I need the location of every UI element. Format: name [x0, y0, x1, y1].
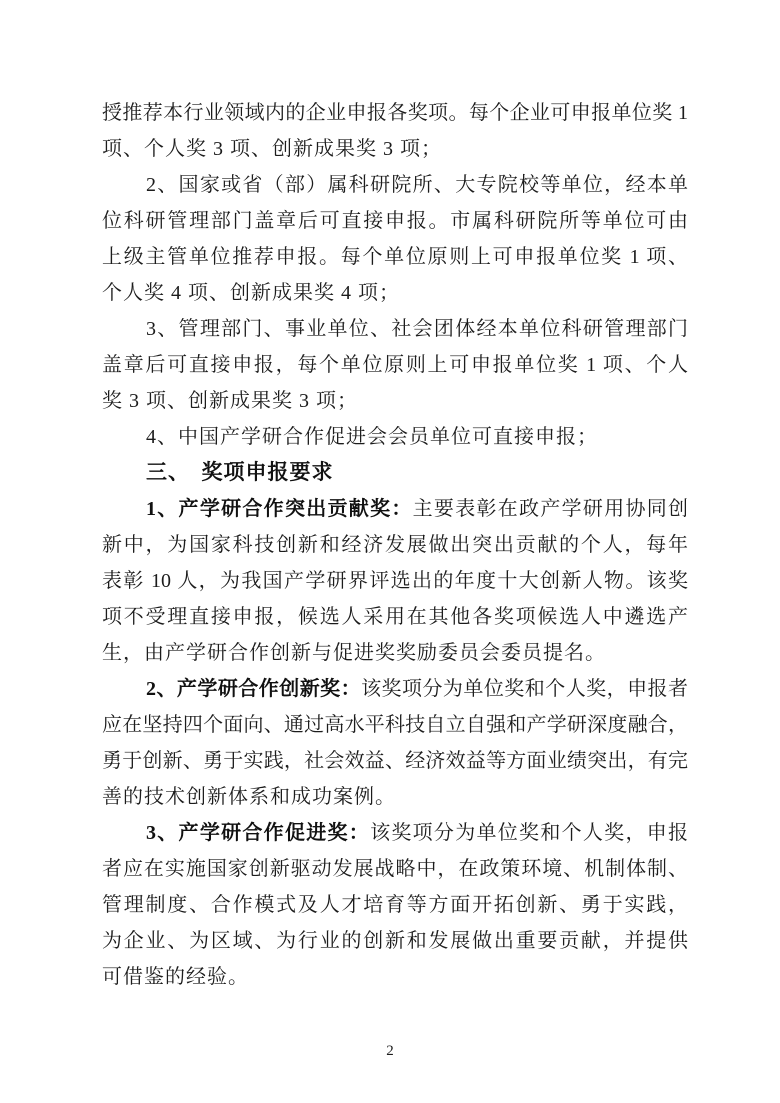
body-text: 奖 3 项、创新成果奖 3 项；: [102, 390, 358, 412]
body-text: 应在坚持四个面向、通过高水平科技自立自强和产学研深度融合，: [102, 714, 688, 736]
body-text: 位科研管理部门盖章后可直接申报。市属科研院所等单位可由: [102, 210, 688, 232]
body-text: 3、管理部门、事业单位、社会团体经本单位科研管理部门: [146, 318, 688, 340]
body-text: 项、个人奖 3 项、创新成果奖 3 项；: [102, 138, 442, 160]
text-line: 盖章后可直接申报，每个单位原则上可申报单位奖 1 项、个人: [102, 347, 688, 383]
page-number: 2: [386, 1043, 394, 1059]
text-line: 3、管理部门、事业单位、社会团体经本单位科研管理部门: [102, 311, 688, 347]
body-text: 勇于创新、勇于实践，社会效益、经济效益等方面业绩突出，有完: [102, 750, 688, 772]
body-text: 为企业、为区域、为行业的创新和发展做出重要贡献，并提供: [102, 930, 688, 952]
body-text: 4、中国产学研合作促进会会员单位可直接申报；: [146, 426, 598, 448]
text-line: 上级主管单位推荐申报。每个单位原则上可申报单位奖 1 项、: [102, 239, 688, 275]
body-text: 2、国家或省（部）属科研院所、大专院校等单位，经本单: [146, 174, 688, 196]
text-line: 生，由产学研合作创新与促进奖奖励委员会委员提名。: [102, 635, 688, 671]
body-text: 表彰 10 人，为我国产学研界评选出的年度十大创新人物。该奖: [102, 570, 688, 592]
body-text: 善的技术创新体系和成功案例。: [102, 786, 396, 808]
document-body: 授推荐本行业领域内的企业申报各奖项。每个企业可申报单位奖 1项、个人奖 3 项、…: [102, 95, 688, 995]
text-line: 表彰 10 人，为我国产学研界评选出的年度十大创新人物。该奖: [102, 563, 688, 599]
body-text: 该奖项分为单位奖和个人奖，申报: [370, 822, 688, 844]
text-line: 为企业、为区域、为行业的创新和发展做出重要贡献，并提供: [102, 923, 688, 959]
body-text: 授推荐本行业领域内的企业申报各奖项。每个企业可申报单位奖 1: [102, 102, 688, 124]
body-text: 管理制度、合作模式及人才培育等方面开拓创新、勇于实践，: [102, 894, 688, 916]
page-footer: 2: [0, 1042, 780, 1060]
body-text: 主要表彰在政产学研用协同创: [413, 498, 688, 520]
text-line: 奖 3 项、创新成果奖 3 项；: [102, 383, 688, 419]
text-line: 应在坚持四个面向、通过高水平科技自立自强和产学研深度融合，: [102, 707, 688, 743]
emphasis-text: 三、 奖项申报要求: [146, 461, 334, 484]
text-line: 项、个人奖 3 项、创新成果奖 3 项；: [102, 131, 688, 167]
emphasis-text: 2、产学研合作创新奖：: [146, 678, 361, 700]
text-line: 3、产学研合作促进奖：该奖项分为单位奖和个人奖，申报: [102, 815, 688, 851]
text-line: 2、国家或省（部）属科研院所、大专院校等单位，经本单: [102, 167, 688, 203]
section-heading: 三、 奖项申报要求: [102, 455, 688, 491]
text-line: 善的技术创新体系和成功案例。: [102, 779, 688, 815]
emphasis-text: 3、产学研合作促进奖：: [146, 822, 370, 844]
text-line: 可借鉴的经验。: [102, 959, 688, 995]
text-line: 授推荐本行业领域内的企业申报各奖项。每个企业可申报单位奖 1: [102, 95, 688, 131]
text-line: 位科研管理部门盖章后可直接申报。市属科研院所等单位可由: [102, 203, 688, 239]
body-text: 个人奖 4 项、创新成果奖 4 项；: [102, 282, 400, 304]
body-text: 上级主管单位推荐申报。每个单位原则上可申报单位奖 1 项、: [102, 246, 688, 268]
body-text: 盖章后可直接申报，每个单位原则上可申报单位奖 1 项、个人: [102, 354, 688, 376]
body-text: 该奖项分为单位奖和个人奖，申报者: [361, 678, 688, 700]
document-page: 授推荐本行业领域内的企业申报各奖项。每个企业可申报单位奖 1项、个人奖 3 项、…: [0, 0, 780, 1103]
text-line: 新中，为国家科技创新和经济发展做出突出贡献的个人，每年: [102, 527, 688, 563]
text-line: 2、产学研合作创新奖：该奖项分为单位奖和个人奖，申报者: [102, 671, 688, 707]
body-text: 新中，为国家科技创新和经济发展做出突出贡献的个人，每年: [102, 534, 688, 556]
emphasis-text: 1、产学研合作突出贡献奖：: [146, 498, 413, 520]
text-line: 个人奖 4 项、创新成果奖 4 项；: [102, 275, 688, 311]
text-line: 1、产学研合作突出贡献奖：主要表彰在政产学研用协同创: [102, 491, 688, 527]
body-text: 者应在实施国家创新驱动发展战略中，在政策环境、机制体制、: [102, 858, 688, 880]
text-line: 勇于创新、勇于实践，社会效益、经济效益等方面业绩突出，有完: [102, 743, 688, 779]
body-text: 项不受理直接申报，候选人采用在其他各奖项候选人中遴选产: [102, 606, 688, 628]
text-line: 4、中国产学研合作促进会会员单位可直接申报；: [102, 419, 688, 455]
text-line: 管理制度、合作模式及人才培育等方面开拓创新、勇于实践，: [102, 887, 688, 923]
text-line: 者应在实施国家创新驱动发展战略中，在政策环境、机制体制、: [102, 851, 688, 887]
body-text: 可借鉴的经验。: [102, 966, 249, 988]
body-text: 生，由产学研合作创新与促进奖奖励委员会委员提名。: [102, 642, 606, 664]
text-line: 项不受理直接申报，候选人采用在其他各奖项候选人中遴选产: [102, 599, 688, 635]
